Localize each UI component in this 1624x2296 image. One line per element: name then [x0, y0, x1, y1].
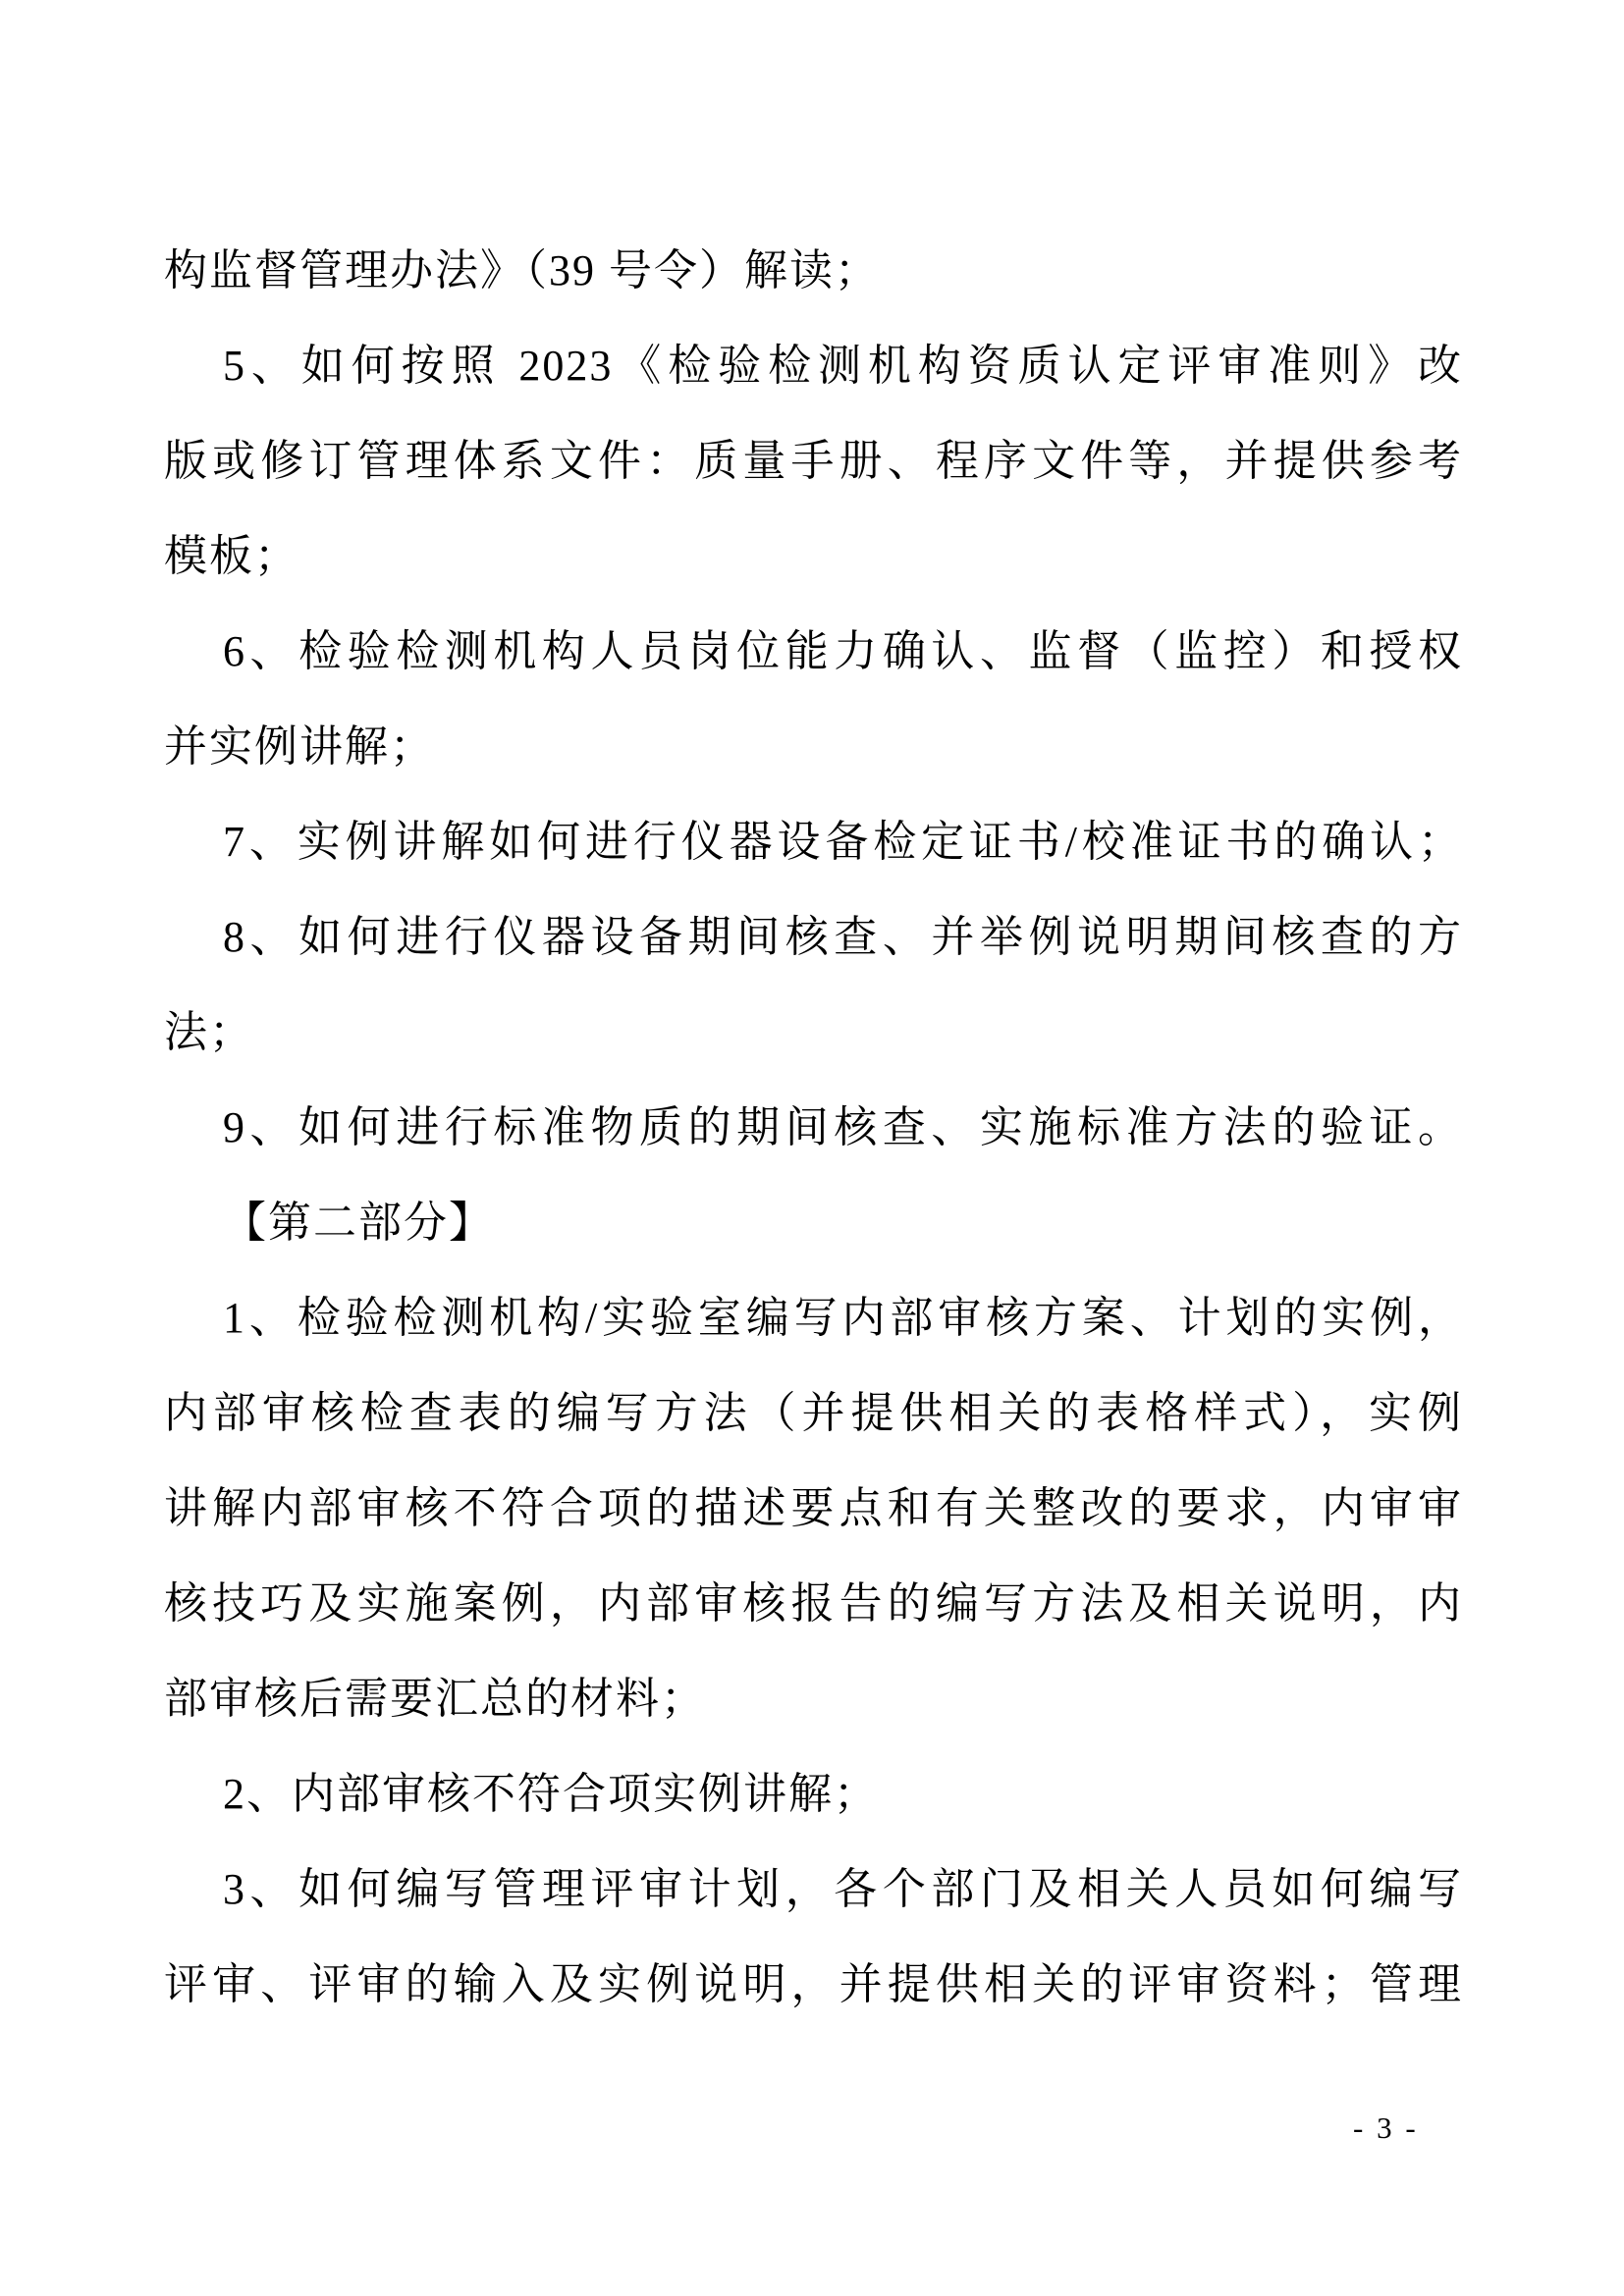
document-page: 构监督管理办法》（39 号令）解读； 5、如何按照 2023《检验检测机构资质认… — [0, 0, 1624, 2296]
text-line: 构监督管理办法》（39 号令）解读； — [164, 223, 1463, 318]
text-line: 6、检验检测机构人员岗位能力确认、监督（监控）和授权 — [164, 604, 1463, 699]
text-line: 评审、评审的输入及实例说明，并提供相关的评审资料；管理 — [164, 1937, 1463, 2032]
text-line: 9、如何进行标准物质的期间核查、实施标准方法的验证。 — [164, 1080, 1463, 1175]
section-heading: 【第二部分】 — [164, 1175, 1463, 1270]
text-line: 5、如何按照 2023《检验检测机构资质认定评审准则》改 — [164, 318, 1463, 413]
text-line: 讲解内部审核不符合项的描述要点和有关整改的要求，内审审 — [164, 1461, 1463, 1556]
text-line: 法； — [164, 985, 1463, 1080]
page-number: - 3 - — [1353, 2104, 1419, 2153]
text-line: 7、实例讲解如何进行仪器设备检定证书/校准证书的确认； — [164, 794, 1463, 889]
text-line: 3、如何编写管理评审计划，各个部门及相关人员如何编写 — [164, 1842, 1463, 1937]
text-line: 内部审核检查表的编写方法（并提供相关的表格样式），实例 — [164, 1365, 1463, 1461]
page-body-text: 构监督管理办法》（39 号令）解读； 5、如何按照 2023《检验检测机构资质认… — [164, 223, 1463, 2032]
text-line: 1、检验检测机构/实验室编写内部审核方案、计划的实例， — [164, 1270, 1463, 1365]
text-line: 2、内部审核不符合项实例讲解； — [164, 1746, 1463, 1842]
text-line: 并实例讲解； — [164, 699, 1463, 794]
text-line: 核技巧及实施案例，内部审核报告的编写方法及相关说明，内 — [164, 1556, 1463, 1651]
text-line: 模板； — [164, 508, 1463, 604]
text-line: 部审核后需要汇总的材料； — [164, 1651, 1463, 1746]
text-line: 版或修订管理体系文件：质量手册、程序文件等，并提供参考 — [164, 413, 1463, 508]
text-line: 8、如何进行仪器设备期间核查、并举例说明期间核查的方 — [164, 889, 1463, 985]
